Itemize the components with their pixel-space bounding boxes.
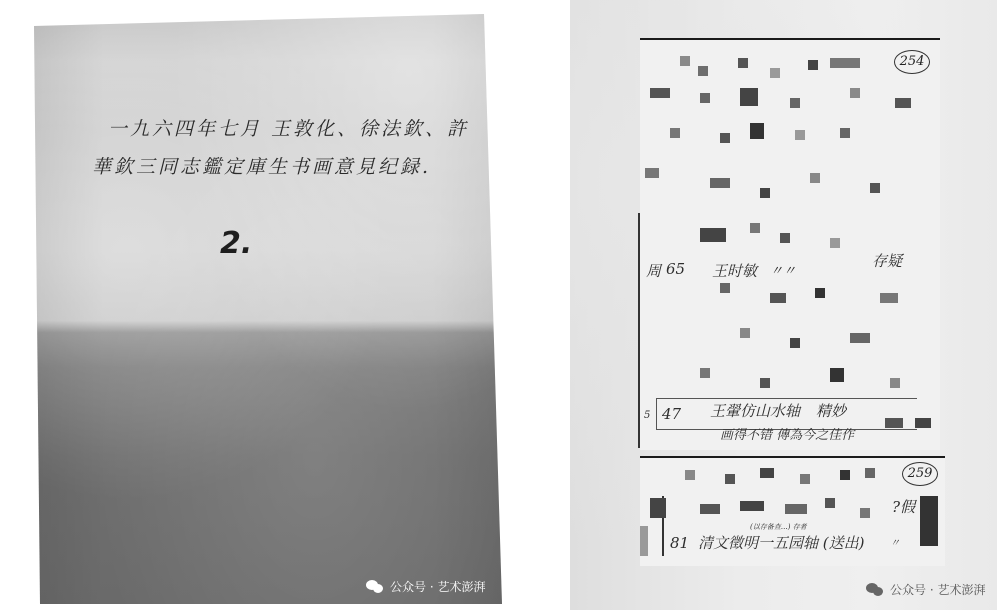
watermark-text: 公众号 · 艺术澎湃: [390, 578, 485, 595]
page-number: 2.: [220, 226, 252, 261]
watermark-left: 公众号 · 艺术澎湃: [366, 578, 485, 595]
watermark-text: 公众号 · 艺术澎湃: [890, 581, 985, 598]
entry-65-marks: 〃〃: [770, 260, 796, 279]
entry-47-note: 精妙: [816, 400, 846, 421]
document-title-line-2: 華欽三同志鑑定庫生书画意見纪録.: [92, 152, 431, 179]
stamp-number-259: 259: [902, 462, 938, 486]
entry-65-prefix: 周: [646, 260, 661, 281]
entry-47-comment: 画得不错 傳為今之佳作: [720, 424, 854, 443]
entry-65-note: 存疑: [872, 250, 902, 271]
catalog-card-top: 254 周 65 王时敏 〃〃 存疑 5 47 王翬仿山水轴 精妙 画得不错 傳…: [640, 38, 940, 450]
card-note: ?假: [892, 496, 915, 517]
wechat-icon: [866, 583, 884, 597]
entry-81-annotation: (以存备查…) 存者: [750, 522, 807, 532]
entry-81-marks: 〃: [890, 534, 900, 549]
entry-65-artist: 王时敏: [712, 260, 757, 281]
entry-81-number: 81: [670, 534, 689, 552]
entry-47-number: 47: [662, 405, 681, 423]
watermark-right: 公众号 · 艺术澎湃: [866, 581, 985, 598]
entry-65-number: 65: [666, 260, 685, 278]
stamp-number-254: 254: [894, 50, 930, 74]
catalog-card-bottom: 259 ?假 (以存备查…) 存者 81 清文徵明一五园轴 (送出) 〃: [640, 456, 945, 566]
document-title-line-1: 一九六四年七月 王敦化、徐法欽、許: [108, 114, 469, 141]
entry-81-title: 清文徵明一五园轴 (送出): [698, 532, 864, 553]
wechat-icon: [366, 580, 384, 594]
entry-47-index: 5: [644, 410, 650, 421]
photocopied-cover-page: 一九六四年七月 王敦化、徐法欽、許 華欽三同志鑑定庫生书画意見纪録. 2.: [34, 14, 502, 604]
entry-47-title: 王翬仿山水轴: [710, 400, 800, 421]
pixelated-redaction: [640, 38, 940, 450]
